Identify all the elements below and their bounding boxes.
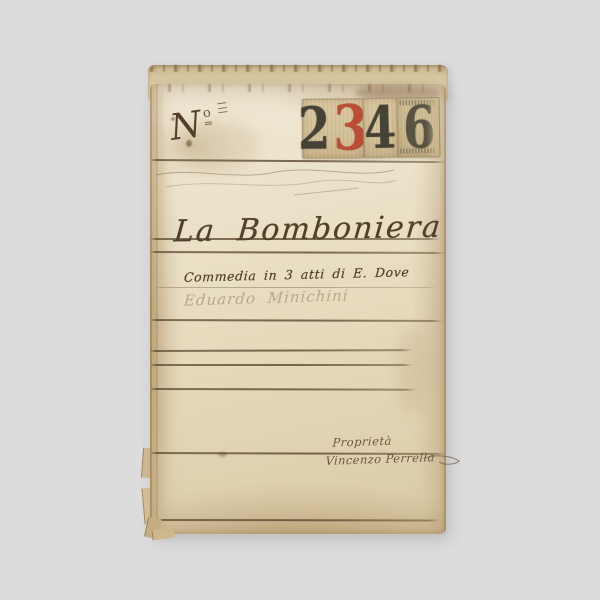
stamp-ticket: 4 [362, 97, 398, 158]
tally-marks [218, 102, 228, 113]
ownership-label: Proprietà [332, 432, 436, 450]
title-handwriting: La Bomboniera [173, 211, 446, 249]
ownership-name: Vincenzo Perrella [325, 450, 435, 468]
ownership-inscription: Proprietà Vincenzo Perrella [325, 432, 436, 468]
ruled-line [152, 519, 440, 522]
pencil-scribbles [154, 163, 404, 199]
stamp-digit: 4 [364, 100, 398, 155]
number-mark-ordinal: o [202, 105, 212, 125]
number-mark-letter: N [167, 104, 204, 149]
ruled-line [150, 349, 412, 352]
stamp-digit: 2 [298, 102, 331, 156]
signature-flourish [421, 451, 462, 468]
paper-stain [396, 324, 426, 414]
stamp-ticket: 6 [397, 97, 441, 158]
frayed-spine-bit [151, 528, 174, 541]
faded-edge [426, 98, 440, 156]
stamp-ticket: 2 3 [302, 98, 364, 158]
ruled-line [150, 319, 443, 322]
faded-inscription: Eduardo Minichini [183, 286, 349, 309]
spine-fold [150, 84, 165, 534]
ruled-line [150, 364, 413, 366]
ruled-line [150, 388, 416, 391]
booklet-cover: No 2 3 4 6 La Bomboniera Commedia in 3 a… [150, 84, 446, 534]
photo-background: No 2 3 4 6 La Bomboniera Commedia in 3 a… [0, 0, 600, 600]
torn-page-edge [150, 65, 446, 72]
ruled-line [150, 251, 446, 254]
subtitle-handwriting: Commedia in 3 atti di E. Dove [184, 264, 410, 285]
number-stamp: 2 3 4 6 [302, 97, 439, 157]
